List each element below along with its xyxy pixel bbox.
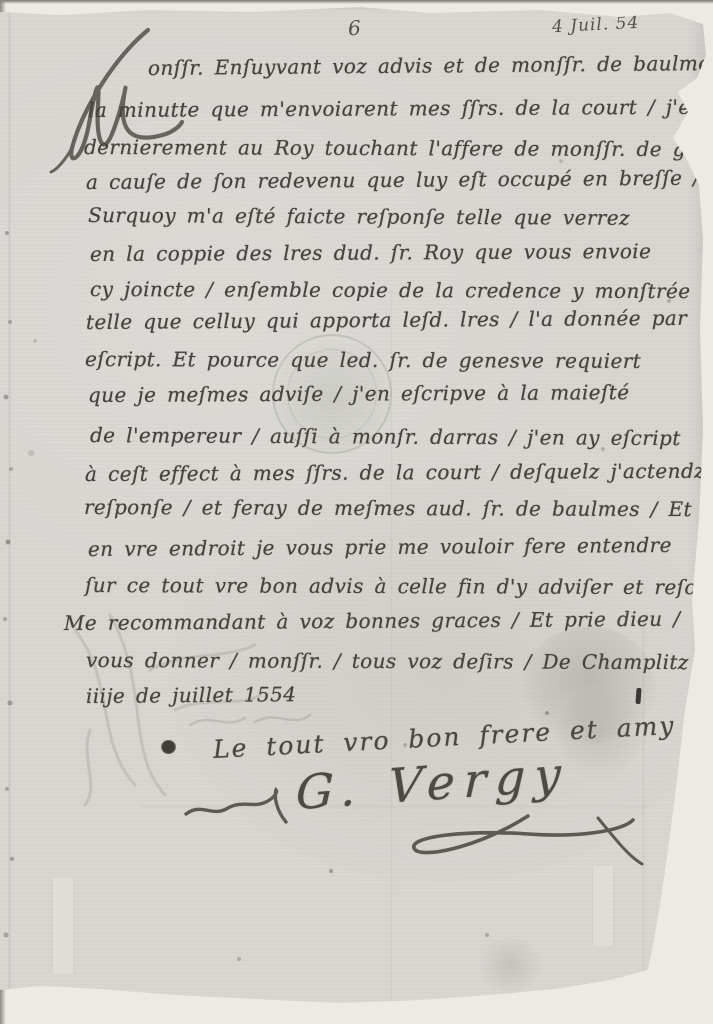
manuscript-line: vous donner / monſſr. / tous voz deſirs … xyxy=(86,650,689,672)
manuscript-line: telle que celluy qui apporta leſd. lres … xyxy=(86,308,687,332)
manuscript-line: la minutte que m'envoiarent mes ſſrs. de… xyxy=(88,96,713,120)
manuscript-line: cy joincte / enſemble copie de la creden… xyxy=(90,279,691,301)
scanned-manuscript-page: 6 4 Juil. 54 onſſr. Enſuyvant voz advis … xyxy=(0,0,713,1024)
tape-repair-left xyxy=(52,878,74,974)
paper-sheet: 6 4 Juil. 54 onſſr. Enſuyvant voz advis … xyxy=(0,0,713,1024)
manuscript-line: ſur ce tout vre bon advis à celle fin d'… xyxy=(85,575,713,597)
page-number: 6 xyxy=(347,16,361,41)
manuscript-line: dernierement au Roy touchant l'affere de… xyxy=(84,137,713,159)
stain-bottom xyxy=(478,938,542,992)
signature: G. Vergy xyxy=(295,747,571,821)
manuscript-line: en vre endroit je vous prie me vouloir f… xyxy=(88,535,672,559)
manuscript-line: reſponſe / et feray de meſmes aud. ſr. d… xyxy=(84,497,692,519)
manuscript-line: eſcript. Et pource que led. ſr. de genes… xyxy=(85,349,641,371)
manuscript-line: iiije de juillet 1554 xyxy=(86,684,297,706)
fold-line-left xyxy=(9,12,10,988)
tape-repair-right xyxy=(592,866,614,946)
manuscript-line: en la coppie des lres dud. ſr. Roy que v… xyxy=(90,241,651,264)
scan-edge-top xyxy=(0,0,713,4)
manuscript-line: onſſr. Enſuyvant voz advis et de monſſr.… xyxy=(148,52,713,78)
paraph-flourish xyxy=(182,788,292,828)
signature-flourish xyxy=(408,812,648,872)
manuscript-line: à ceſt effect à mes ſſrs. de la court / … xyxy=(85,461,705,484)
manuscript-line: Me recommandant à voz bonnes graces / Et… xyxy=(64,609,681,633)
manuscript-line: a cauſe de ſon redevenu que luy eſt occu… xyxy=(86,168,700,192)
date-annotation: 4 Juil. 54 xyxy=(552,13,640,38)
manuscript-line: que je meſmes adviſe / j'en eſcripve à l… xyxy=(88,382,630,405)
manuscript-line: de l'empereur / auſſi à monſr. darras / … xyxy=(90,425,681,448)
manuscript-line: Surquoy m'a eſté faicte reſponſe telle q… xyxy=(88,205,630,228)
